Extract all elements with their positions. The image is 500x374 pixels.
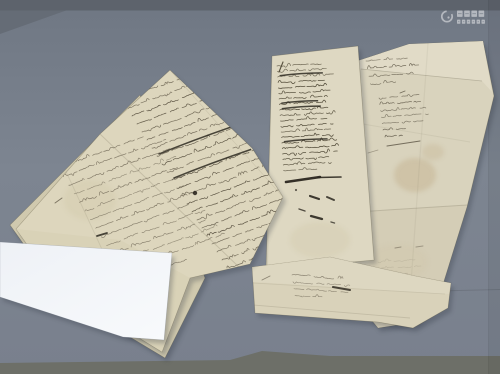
ink-mark — [318, 177, 341, 178]
ink-mark — [331, 222, 335, 223]
paper-stain — [394, 158, 436, 192]
scene-svg — [0, 0, 500, 374]
paper-stain — [64, 180, 116, 220]
auction-lot-photograph — [0, 0, 500, 374]
watermark-ring-dot — [447, 16, 449, 18]
ink-blot — [193, 191, 197, 195]
paper-stain — [290, 222, 350, 258]
paper-stain — [422, 144, 444, 160]
manuscript-middle — [266, 46, 377, 274]
ink-blot — [295, 189, 297, 191]
backdrop-top-strip — [0, 0, 500, 11]
